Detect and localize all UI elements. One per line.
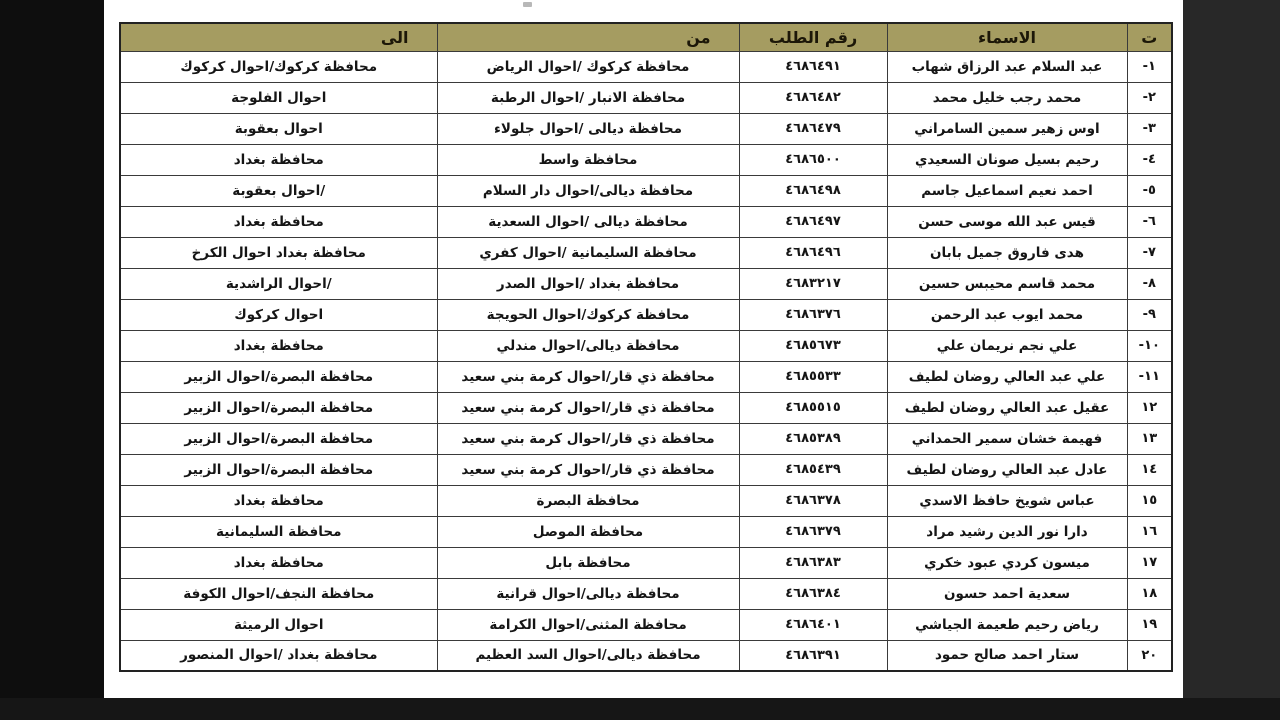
- request-number-cell: ٤٦٨٦٣٧٦: [739, 299, 887, 330]
- serial-cell: ١٥: [1127, 485, 1172, 516]
- to-cell: محافظة البصرة/احوال الزبير: [120, 423, 437, 454]
- serial-cell: ٢-: [1127, 82, 1172, 113]
- to-cell: /احوال بعقوبة: [120, 175, 437, 206]
- from-cell: محافظة ديالى/احوال قرانية: [437, 578, 739, 609]
- from-cell: محافظة السليمانية /احوال كفري: [437, 237, 739, 268]
- from-cell: محافظة ذي قار/احوال كرمة بني سعيد: [437, 392, 739, 423]
- request-number-cell: ٤٦٨٥٤٣٩: [739, 454, 887, 485]
- request-number-cell: ٤٦٨٦٤٠١: [739, 609, 887, 640]
- to-cell: محافظة بغداد: [120, 144, 437, 175]
- table-row: ١٣ فهيمة خشان سمير الحمداني ٤٦٨٥٣٨٩ محاف…: [120, 423, 1172, 454]
- request-number-cell: ٤٦٨٥٦٧٣: [739, 330, 887, 361]
- name-cell: هدى فاروق جميل بابان: [887, 237, 1127, 268]
- serial-cell: ١٦: [1127, 516, 1172, 547]
- table-row: ١٥ عباس شويخ حافظ الاسدي ٤٦٨٦٣٧٨ محافظة …: [120, 485, 1172, 516]
- name-cell: عقيل عبد العالي روضان لطيف: [887, 392, 1127, 423]
- to-cell: محافظة السليمانية: [120, 516, 437, 547]
- to-cell: محافظة النجف/احوال الكوفة: [120, 578, 437, 609]
- to-cell: احوال بعقوبة: [120, 113, 437, 144]
- name-cell: رياض رحيم طعيمة الجياشي: [887, 609, 1127, 640]
- table-row: ١٢ عقيل عبد العالي روضان لطيف ٤٦٨٥٥١٥ مح…: [120, 392, 1172, 423]
- serial-cell: ٨-: [1127, 268, 1172, 299]
- serial-cell: ٥-: [1127, 175, 1172, 206]
- request-number-cell: ٤٦٨٦٣٨٤: [739, 578, 887, 609]
- request-number-cell: ٤٦٨٦٣٧٩: [739, 516, 887, 547]
- request-number-cell: ٤٦٨٦٤٧٩: [739, 113, 887, 144]
- name-cell: عبد السلام عبد الرزاق شهاب: [887, 51, 1127, 82]
- table-row: ١١- علي عبد العالي روضان لطيف ٤٦٨٥٥٣٣ مح…: [120, 361, 1172, 392]
- from-cell: محافظة البصرة: [437, 485, 739, 516]
- to-cell: /احوال الراشدية: [120, 268, 437, 299]
- header-serial: ت: [1127, 23, 1172, 51]
- name-cell: قيس عبد الله موسى حسن: [887, 206, 1127, 237]
- serial-cell: ١٩: [1127, 609, 1172, 640]
- from-cell: محافظة ذي قار/احوال كرمة بني سعيد: [437, 361, 739, 392]
- name-cell: محمد رجب خليل محمد: [887, 82, 1127, 113]
- header-to: الى: [120, 23, 437, 51]
- serial-cell: ٤-: [1127, 144, 1172, 175]
- serial-cell: ١٣: [1127, 423, 1172, 454]
- from-cell: محافظة الانبار /احوال الرطبة: [437, 82, 739, 113]
- to-cell: احوال الرميثة: [120, 609, 437, 640]
- table-row: ٩- محمد ايوب عبد الرحمن ٤٦٨٦٣٧٦ محافظة ك…: [120, 299, 1172, 330]
- name-cell: فهيمة خشان سمير الحمداني: [887, 423, 1127, 454]
- from-cell: محافظة ذي قار/احوال كرمة بني سعيد: [437, 423, 739, 454]
- table-row: ١٨ سعدية احمد حسون ٤٦٨٦٣٨٤ محافظة ديالى/…: [120, 578, 1172, 609]
- serial-cell: ٣-: [1127, 113, 1172, 144]
- table-row: ٨- محمد قاسم محيبس حسين ٤٦٨٣٢١٧ محافظة ب…: [120, 268, 1172, 299]
- request-number-cell: ٤٦٨٦٣٨٣: [739, 547, 887, 578]
- name-cell: علي عبد العالي روضان لطيف: [887, 361, 1127, 392]
- name-cell: علي نجم نريمان علي: [887, 330, 1127, 361]
- table-row: ٢- محمد رجب خليل محمد ٤٦٨٦٤٨٢ محافظة الا…: [120, 82, 1172, 113]
- name-cell: عباس شويخ حافظ الاسدي: [887, 485, 1127, 516]
- serial-cell: ٢٠: [1127, 640, 1172, 671]
- name-cell: ستار احمد صالح حمود: [887, 640, 1127, 671]
- table-row: ١٧ ميسون كردي عبود خكري ٤٦٨٦٣٨٣ محافظة ب…: [120, 547, 1172, 578]
- table-row: ١- عبد السلام عبد الرزاق شهاب ٤٦٨٦٤٩١ مح…: [120, 51, 1172, 82]
- table-row: ٣- اوس زهير سمين السامراني ٤٦٨٦٤٧٩ محافظ…: [120, 113, 1172, 144]
- to-cell: محافظة البصرة/احوال الزبير: [120, 392, 437, 423]
- serial-cell: ١٠-: [1127, 330, 1172, 361]
- from-cell: محافظة الموصل: [437, 516, 739, 547]
- table-row: ٥- احمد نعيم اسماعيل جاسم ٤٦٨٦٤٩٨ محافظة…: [120, 175, 1172, 206]
- from-cell: محافظة ديالى /احوال السعدية: [437, 206, 739, 237]
- serial-cell: ٧-: [1127, 237, 1172, 268]
- request-number-cell: ٤٦٨٦٤٩٨: [739, 175, 887, 206]
- name-cell: اوس زهير سمين السامراني: [887, 113, 1127, 144]
- serial-cell: ٦-: [1127, 206, 1172, 237]
- transfer-requests-table: ت الاسماء رقم الطلب من الى ١- عبد السلام…: [119, 22, 1173, 672]
- table-row: ١٤ عادل عبد العالي روضان لطيف ٤٦٨٥٤٣٩ مح…: [120, 454, 1172, 485]
- serial-cell: ١٤: [1127, 454, 1172, 485]
- table-body: ١- عبد السلام عبد الرزاق شهاب ٤٦٨٦٤٩١ مح…: [120, 51, 1172, 671]
- to-cell: محافظة بغداد: [120, 206, 437, 237]
- table-row: ١٩ رياض رحيم طعيمة الجياشي ٤٦٨٦٤٠١ محافظ…: [120, 609, 1172, 640]
- request-number-cell: ٤٦٨٦٤٨٢: [739, 82, 887, 113]
- serial-cell: ١٢: [1127, 392, 1172, 423]
- name-cell: رحيم بسيل صونان السعيدي: [887, 144, 1127, 175]
- request-number-cell: ٤٦٨٥٥١٥: [739, 392, 887, 423]
- page-background: { "colors":{ "page_bg":"#282828","leftba…: [0, 0, 1280, 720]
- from-cell: محافظة كركوك/احوال الحويجة: [437, 299, 739, 330]
- from-cell: محافظة ديالى/احوال السد العظيم: [437, 640, 739, 671]
- name-cell: احمد نعيم اسماعيل جاسم: [887, 175, 1127, 206]
- to-cell: محافظة كركوك/احوال كركوك: [120, 51, 437, 82]
- from-cell: محافظة كركوك /احوال الرياض: [437, 51, 739, 82]
- from-cell: محافظة ديالى/احوال دار السلام: [437, 175, 739, 206]
- serial-cell: ١٨: [1127, 578, 1172, 609]
- from-cell: محافظة واسط: [437, 144, 739, 175]
- table-row: ١٠- علي نجم نريمان علي ٤٦٨٥٦٧٣ محافظة دي…: [120, 330, 1172, 361]
- from-cell: محافظة المثنى/احوال الكرامة: [437, 609, 739, 640]
- name-cell: عادل عبد العالي روضان لطيف: [887, 454, 1127, 485]
- table-row: ٧- هدى فاروق جميل بابان ٤٦٨٦٤٩٦ محافظة ا…: [120, 237, 1172, 268]
- header-names: الاسماء: [887, 23, 1127, 51]
- request-number-cell: ٤٦٨٦٣٧٨: [739, 485, 887, 516]
- request-number-cell: ٤٦٨٦٤٩١: [739, 51, 887, 82]
- to-cell: محافظة البصرة/احوال الزبير: [120, 361, 437, 392]
- request-number-cell: ٤٦٨٣٢١٧: [739, 268, 887, 299]
- from-cell: محافظة بغداد /احوال الصدر: [437, 268, 739, 299]
- name-cell: سعدية احمد حسون: [887, 578, 1127, 609]
- from-cell: محافظة ديالى/احوال مندلي: [437, 330, 739, 361]
- table-header-row: ت الاسماء رقم الطلب من الى: [120, 23, 1172, 51]
- to-cell: محافظة بغداد /احوال المنصور: [120, 640, 437, 671]
- header-from: من: [437, 23, 739, 51]
- smudge-mark: [523, 2, 532, 7]
- from-cell: محافظة بابل: [437, 547, 739, 578]
- name-cell: محمد قاسم محيبس حسين: [887, 268, 1127, 299]
- serial-cell: ١-: [1127, 51, 1172, 82]
- to-cell: محافظة بغداد: [120, 485, 437, 516]
- request-number-cell: ٤٦٨٥٣٨٩: [739, 423, 887, 454]
- left-black-bar: [0, 0, 104, 700]
- table-row: ٦- قيس عبد الله موسى حسن ٤٦٨٦٤٩٧ محافظة …: [120, 206, 1172, 237]
- request-number-cell: ٤٦٨٦٣٩١: [739, 640, 887, 671]
- bottom-black-bar: [0, 698, 1280, 720]
- to-cell: محافظة بغداد: [120, 547, 437, 578]
- to-cell: محافظة بغداد: [120, 330, 437, 361]
- name-cell: محمد ايوب عبد الرحمن: [887, 299, 1127, 330]
- to-cell: محافظة البصرة/احوال الزبير: [120, 454, 437, 485]
- serial-cell: ٩-: [1127, 299, 1172, 330]
- to-cell: احوال الفلوجة: [120, 82, 437, 113]
- header-request-number: رقم الطلب: [739, 23, 887, 51]
- table-row: ٢٠ ستار احمد صالح حمود ٤٦٨٦٣٩١ محافظة دي…: [120, 640, 1172, 671]
- table-row: ٤- رحيم بسيل صونان السعيدي ٤٦٨٦٥٠٠ محافظ…: [120, 144, 1172, 175]
- to-cell: محافظة بغداد احوال الكرخ: [120, 237, 437, 268]
- serial-cell: ١١-: [1127, 361, 1172, 392]
- serial-cell: ١٧: [1127, 547, 1172, 578]
- name-cell: دارا نور الدين رشيد مراد: [887, 516, 1127, 547]
- request-number-cell: ٤٦٨٦٤٩٦: [739, 237, 887, 268]
- request-number-cell: ٤٦٨٦٥٠٠: [739, 144, 887, 175]
- request-number-cell: ٤٦٨٦٤٩٧: [739, 206, 887, 237]
- document-panel: ت الاسماء رقم الطلب من الى ١- عبد السلام…: [104, 0, 1183, 698]
- table-row: ١٦ دارا نور الدين رشيد مراد ٤٦٨٦٣٧٩ محاف…: [120, 516, 1172, 547]
- to-cell: احوال كركوك: [120, 299, 437, 330]
- from-cell: محافظة ذي قار/احوال كرمة بني سعيد: [437, 454, 739, 485]
- from-cell: محافظة ديالى /احوال جلولاء: [437, 113, 739, 144]
- request-number-cell: ٤٦٨٥٥٣٣: [739, 361, 887, 392]
- name-cell: ميسون كردي عبود خكري: [887, 547, 1127, 578]
